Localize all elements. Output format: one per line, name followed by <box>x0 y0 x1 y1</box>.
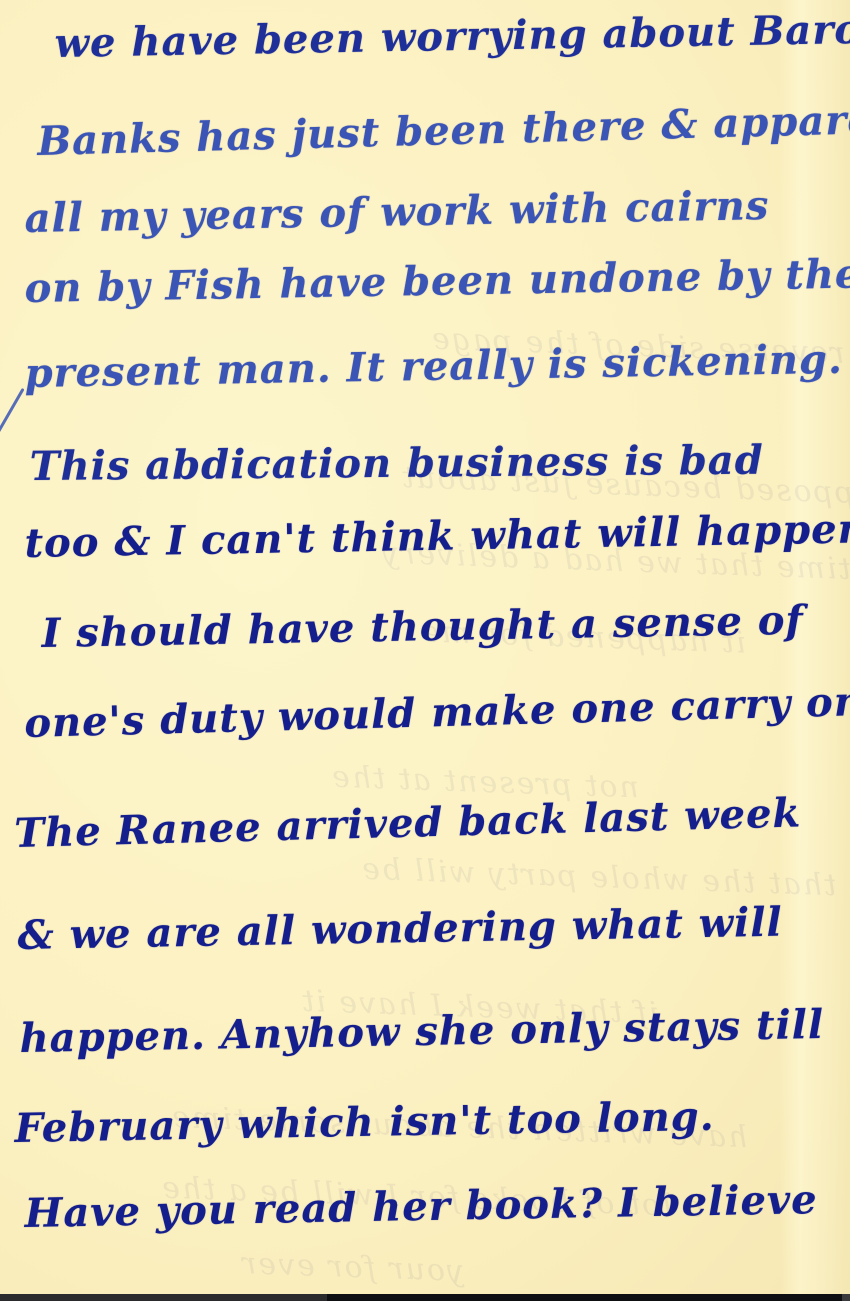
letter-line: & we are all wondering what will <box>17 899 783 959</box>
letter-line: This abdication business is bad <box>30 437 764 490</box>
bleed-through-text: your for ever <box>239 1246 464 1289</box>
letter-line: Have you read her book? I believe <box>24 1176 818 1237</box>
letter-line: present man. It really is sickening. <box>24 336 843 397</box>
letter-line: I should have thought a sense of <box>41 597 804 657</box>
letter-line: all my years of work with cairns <box>24 182 769 242</box>
letter-line: February which isn't too long. <box>14 1093 715 1152</box>
letter-line: we have been worrying about Baroda. <box>54 5 850 67</box>
scan-edge-left <box>0 1294 327 1301</box>
scan-edge-corner <box>842 1294 850 1301</box>
letter-line: The Ranee arrived back last week <box>14 789 802 857</box>
letter-page: the reverse side of the page it is suppo… <box>0 0 850 1294</box>
letter-line: on by Fish have been undone by the <box>24 250 850 312</box>
scan-bottom-edge <box>0 1294 850 1301</box>
scan-edge-right <box>327 1294 842 1301</box>
margin-pen-stroke <box>0 388 25 437</box>
letter-line: happen. Anyhow she only stays till <box>19 1001 824 1062</box>
bleed-through-text: that the whole party will be <box>360 852 837 904</box>
letter-line: one's duty would make one carry on. <box>24 678 850 747</box>
letter-line: too & I can't think what will happen. <box>24 505 850 567</box>
letter-line: Banks has just been there & apparently <box>37 94 850 165</box>
